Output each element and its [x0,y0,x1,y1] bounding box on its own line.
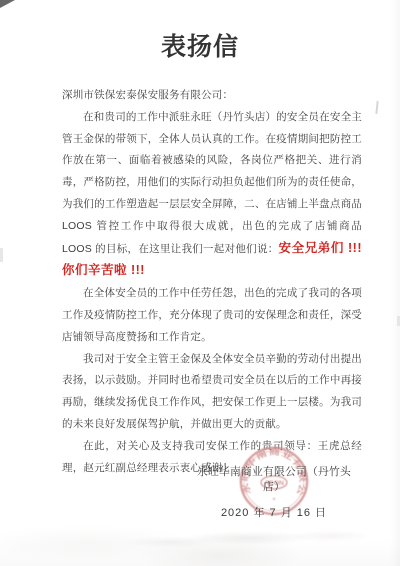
scan-smudge-artifact [0,524,400,552]
letter-body: 深圳市铁保宏泰保安服务有限公司： 在和贵司的工作中派驻永旺（丹竹头店）的安全员在… [62,85,362,479]
letter-page: 表扬信 深圳市铁保宏泰保安服务有限公司： 在和贵司的工作中派驻永旺（丹竹头店）的… [0,0,400,566]
paragraph-2: 在全体安全员的工作中任劳任怨，出色的完成了我司的各项工作及疫情防控工作，充分体现… [62,283,362,348]
salutation-line: 深圳市铁保宏泰保安服务有限公司： [62,85,362,107]
paragraph-1-text: 在和贵司的工作中派驻永旺（丹竹头店）的安全员在安全主管王金保的带领下，全体人员认… [62,111,362,255]
letter-title: 表扬信 [0,27,400,63]
signature-company: 永旺华南商业有限公司（丹竹头店） [192,464,356,494]
scan-edge-artifact [375,101,378,114]
scan-edge-artifact [0,248,3,262]
scan-corner-artifact [0,0,15,8]
signature-date: 2020 年 7 月 16 日 [192,504,356,520]
paragraph-1: 在和贵司的工作中派驻永旺（丹竹头店）的安全员在安全主管王金保的带领下，全体人员认… [62,107,362,283]
paragraph-3: 我司对于安全主管王金保及全体安全员辛勤的劳动付出提出表扬，以示鼓励。并同时也希望… [62,349,362,436]
signature-block: 永旺华南商业有限公司（丹竹头店） 2020 年 7 月 16 日 [192,464,356,520]
